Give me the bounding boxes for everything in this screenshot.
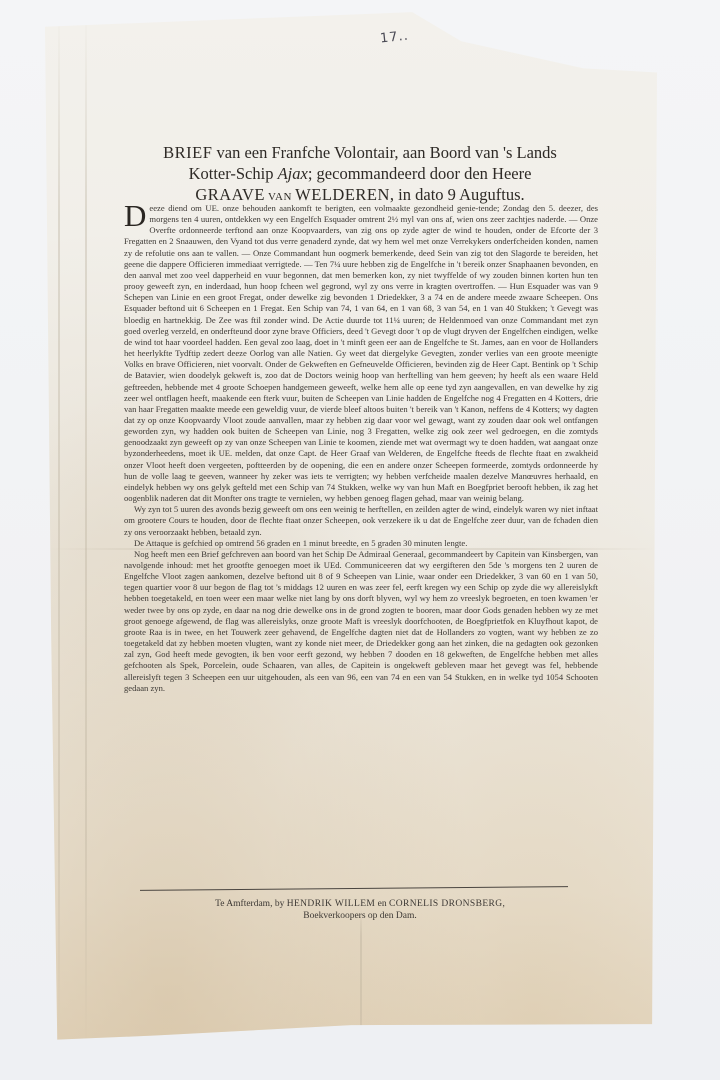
ship-name: Ajax bbox=[278, 164, 308, 183]
imprint-printer-2: CORNELIS DRONSBERG bbox=[389, 899, 503, 909]
title-brief: BRIEF bbox=[163, 143, 212, 162]
title-date: , in dato 9 Auguftus. bbox=[390, 185, 525, 204]
title-line-1-rest: van een Franfche Volontair, aan Boord va… bbox=[212, 143, 556, 162]
printer-imprint: Te Amfterdam, by HENDRIK WILLEM en CORNE… bbox=[150, 898, 570, 922]
imprint-comma: , bbox=[503, 899, 505, 909]
imprint-place: Te Amfterdam, by bbox=[215, 899, 287, 909]
imprint-line-1: Te Amfterdam, by HENDRIK WILLEM en CORNE… bbox=[150, 898, 570, 910]
letter-body: Deeze diend om UE. onze behouden aankomf… bbox=[124, 203, 598, 694]
imprint-and: en bbox=[375, 899, 389, 909]
handwritten-note: 17.. bbox=[379, 29, 409, 47]
paragraph-3: De Attaque is gefchied op omtrend 56 gra… bbox=[124, 538, 598, 549]
title-welderen: WELDEREN bbox=[295, 185, 390, 204]
title-line-1: BRIEF van een Franfche Volontair, aan Bo… bbox=[80, 142, 640, 163]
title-van: VAN bbox=[265, 191, 295, 203]
title-line-2-rest: ; gecommandeerd door den Heere bbox=[308, 164, 532, 183]
title-line-2: Kotter-Schip Ajax; gecommandeerd door de… bbox=[80, 163, 640, 184]
title-graave: GRAAVE bbox=[195, 185, 265, 204]
paragraph-4: Nog heeft men een Brief gefchreven aan b… bbox=[124, 549, 598, 694]
title-line-2-start: Kotter-Schip bbox=[189, 164, 278, 183]
imprint-line-2: Boekverkoopers op den Dam. bbox=[150, 910, 570, 922]
imprint-printer-1: HENDRIK WILLEM bbox=[287, 899, 376, 909]
paper-fold-left bbox=[58, 8, 60, 1048]
drop-cap: D bbox=[124, 204, 146, 228]
paragraph-2: Wy zyn tot 5 uuren des avonds bezig gewe… bbox=[124, 504, 598, 537]
document-title: BRIEF van een Franfche Volontair, aan Bo… bbox=[80, 142, 640, 208]
paragraph-1: Deeze diend om UE. onze behouden aankomf… bbox=[124, 203, 598, 504]
paragraph-1-text: eeze diend om UE. onze behouden aankomft… bbox=[124, 203, 598, 503]
